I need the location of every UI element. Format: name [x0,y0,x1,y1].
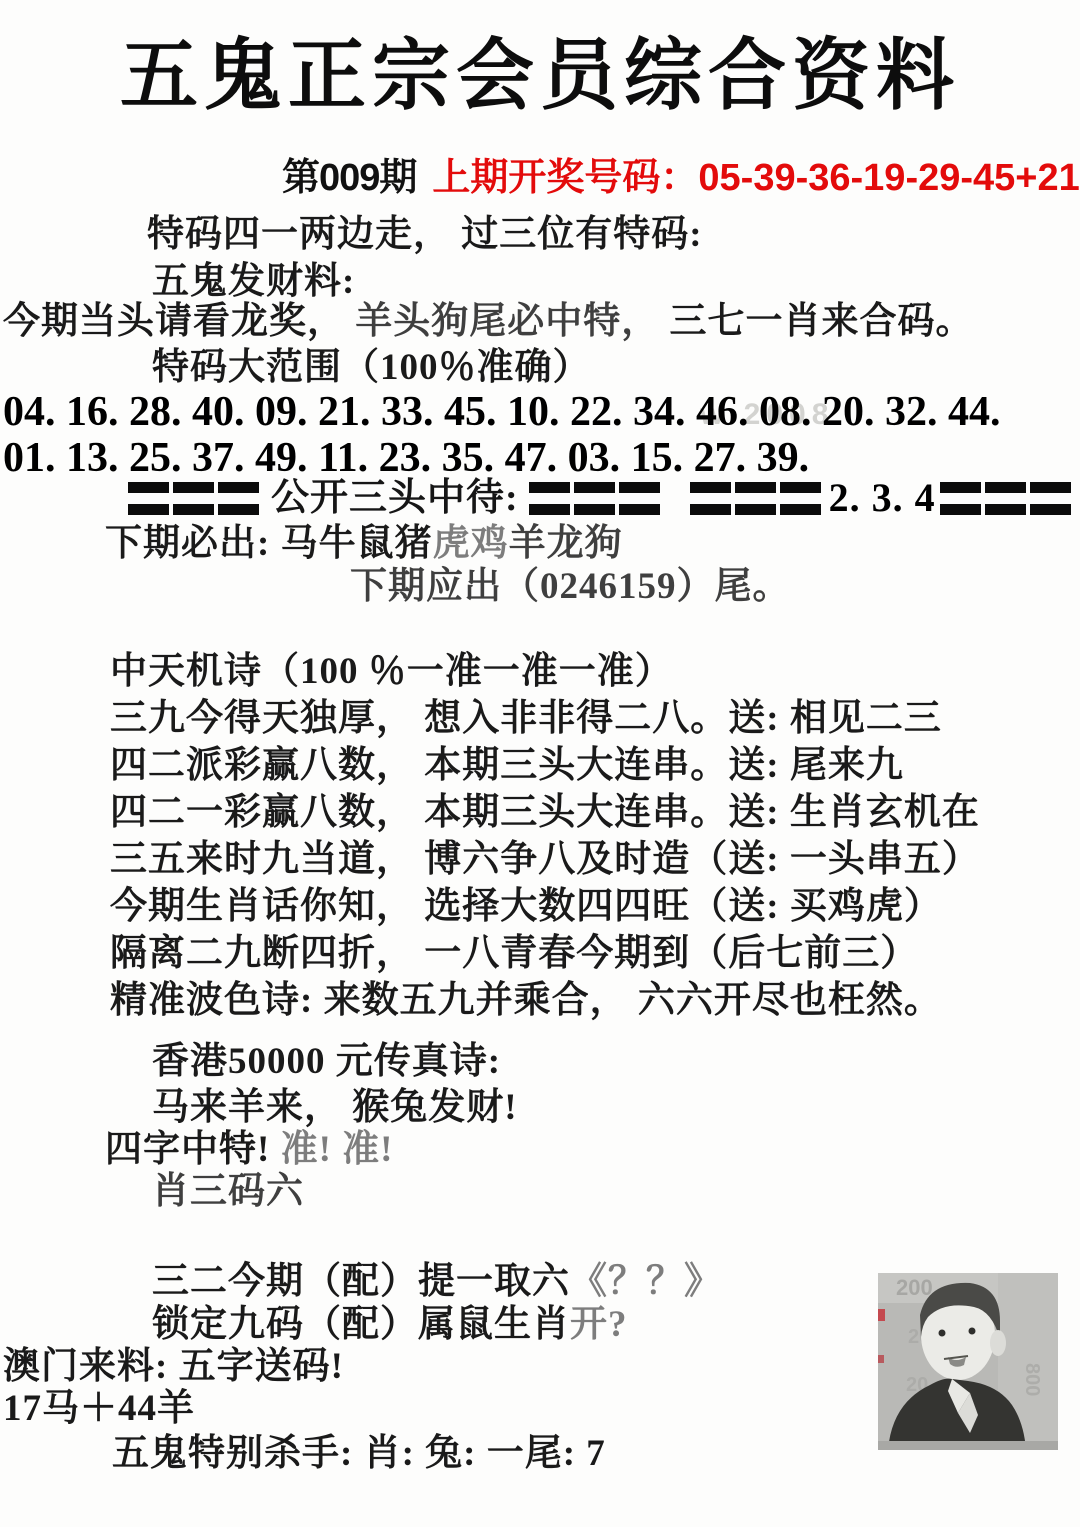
triple-bar-icon [574,482,615,515]
range-title: 特码大范围（100％准确） [152,346,591,390]
next-must-zodiac-2: 虎鸡 [433,523,509,564]
triple-bar-icon [128,482,169,515]
tip-line-1: 特码四一两边走， 过三位有特码: [147,213,703,257]
tip-line-3-part2: 羊头狗尾必中特， [355,301,669,342]
pair-line-1-part2: 《？？》 [570,1261,722,1302]
poem-line-5: 今期生肖话你知， 选择大数四四旺（送: 买鸡虎） [110,885,942,929]
poem-line-4: 三五来时九当道， 博六争八及时造（送: 一头串五） [110,838,980,882]
triple-bar-icon [173,482,214,515]
issue-row: 第009期 上期开奖号码：05-39-36-19-29-45+21 [282,146,1080,201]
poem-line-2: 四二派彩赢八数， 本期三头大连串。送: 尾来九 [110,744,904,788]
next-must-label: 下期必出: [105,523,281,564]
three-heads-label: 公开三头中待: [271,476,519,520]
fax-line-3-part2: 准! 准! [281,1129,394,1170]
triple-bar-icon [529,482,570,515]
svg-text:800: 800 [1021,1363,1043,1396]
poem-title: 中天机诗（100 ％一准一准一准） [110,650,673,694]
fax-line-2: 马来羊来， 猴兔发财! [152,1086,518,1130]
fax-line-3-part1: 四字中特! [105,1129,281,1170]
pair-line-2-part2: 开? [570,1304,628,1345]
pair-line-2: 锁定九码（配）属鼠生肖开? [152,1303,628,1347]
pair-line-1: 三二今期（配）提一取六《？？》 [152,1260,722,1304]
pair-line-1-part1: 三二今期（配）提一取六 [152,1261,570,1302]
page-title: 五鬼正宗会员综合资料 [0,26,1080,126]
lottery-tip-sheet: 五鬼正宗会员综合资料 第009期 上期开奖号码：05-39-36-19-29-4… [0,0,1080,1527]
triple-bar-icon [218,482,259,515]
next-should-line: 下期应出（0246159）尾。 [350,565,791,609]
fax-line-3: 四字中特! 准! 准! [105,1128,393,1172]
svg-text:200: 200 [896,1275,933,1300]
tip-line-2: 五鬼发财料: [152,260,355,304]
triple-bar-icon [985,482,1026,515]
three-heads-numbers: 2. 3. 4 [829,476,936,520]
poem-line-1: 三九今得天独厚， 想入非非得二八。送: 相见二三 [110,697,942,741]
tip-line-3-part3: 三七一肖来合码。 [670,301,974,342]
fax-title: 香港50000 元传真诗: [152,1040,501,1084]
next-must-zodiac-1: 马牛鼠猪 [281,523,433,564]
next-must-zodiac-3: 羊龙狗 [509,523,623,564]
killer-line: 五鬼特别杀手: 肖: 兔: 一尾: 7 [112,1432,606,1476]
triple-bar-icon [940,482,981,515]
triple-bar-icon [1030,482,1071,515]
triple-bar-icon [619,482,660,515]
triple-bar-icon [780,482,821,515]
macau-line: 澳门来料: 五字送码! [3,1345,344,1389]
poem-line-6: 隔离二九断四折， 一八青春今期到（后七前三） [110,932,918,976]
last-draw-numbers: 上期开奖号码：05-39-36-19-29-45+21 [432,146,1079,201]
three-heads-row: 公开三头中待: 2. 3. 4 [128,476,1075,520]
tip-line-3-part1: 今期当头请看龙奖， [3,301,355,342]
numbers-row-1: 04. 16. 28. 40. 09. 21. 33. 45. 10. 22. … [3,390,1001,434]
fax-line-4: 肖三码六 [152,1170,304,1214]
issue-number: 第009期 [282,146,416,201]
portrait-photo: 200 20 20 800 [878,1273,1058,1450]
poem-line-7: 精准波色诗: 来数五九并乘合， 六六开尽也枉然。 [110,979,942,1023]
triple-bar-icon [690,482,731,515]
numbers-row-2: 01. 13. 25. 37. 49. 11. 23. 35. 47. 03. … [3,436,809,480]
triple-bar-icon [735,482,776,515]
horse-goat-line: 17马＋44羊 [3,1387,195,1431]
tip-line-3: 今期当头请看龙奖， 羊头狗尾必中特， 三七一肖来合码。 [3,300,974,344]
next-must-line: 下期必出: 马牛鼠猪虎鸡羊龙狗 [105,522,623,566]
pair-line-2-part1: 锁定九码（配）属鼠生肖 [152,1304,570,1345]
poem-line-3: 四二一彩赢八数， 本期三头大连串。送: 生肖玄机在 [110,791,980,835]
